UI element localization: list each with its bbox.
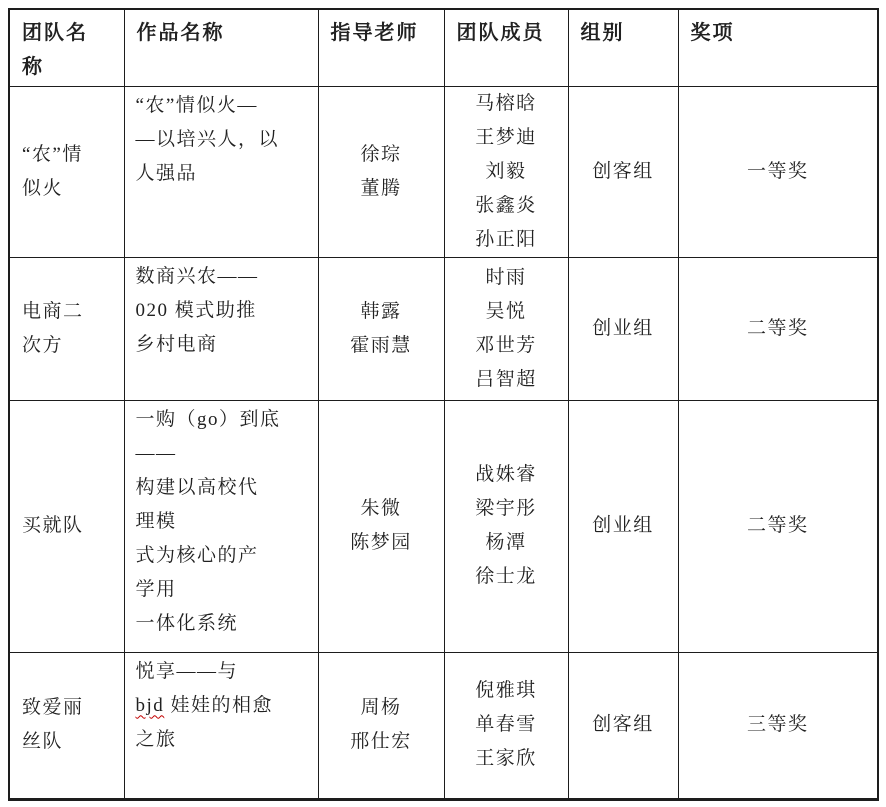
table-row: 电商二 次方 数商兴农—— 020 模式助推 乡村电商 韩露 霍雨慧 时雨 吴悦… (9, 257, 878, 400)
cell-award: 二等奖 (678, 400, 878, 652)
cell-members: 时雨 吴悦 邓世芳 吕智超 (444, 257, 568, 400)
table-row: “农”情 似火 “农”情似火— —以培兴人，以 人强品 徐琮 董腾 马榕晗 王梦… (9, 86, 878, 257)
cell-award: 二等奖 (678, 257, 878, 400)
cell-advisor: 韩露 霍雨慧 (318, 257, 444, 400)
work-text-prefix: 悦享——与 (136, 661, 239, 682)
cell-work-title: 一购（go）到底 —— 构建以高校代 理模 式为核心的产 学用 一体化系统 (124, 400, 318, 652)
cell-members: 马榕晗 王梦迪 刘毅 张鑫炎 孙正阳 (444, 86, 568, 257)
cell-group: 创业组 (568, 400, 678, 652)
awards-table: 团队名 称 作品名称 指导老师 团队成员 组别 奖项 “农”情 似火 “农”情似… (8, 8, 879, 801)
cell-members: 战姝睿 梁宇彤 杨潭 徐士龙 (444, 400, 568, 652)
misspelled-word: bjd (136, 695, 165, 716)
cell-team-name: 致爱丽 丝队 (9, 652, 124, 799)
cell-award: 一等奖 (678, 86, 878, 257)
cell-work-title: “农”情似火— —以培兴人，以 人强品 (124, 86, 318, 257)
column-header-team-name: 团队名 称 (9, 9, 124, 86)
table-row: 致爱丽 丝队 悦享——与 bjd 娃娃的相愈 之旅 周杨 邢仕宏 倪雅琪 单春雪… (9, 652, 878, 799)
cell-advisor: 周杨 邢仕宏 (318, 652, 444, 799)
cell-group: 创业组 (568, 257, 678, 400)
cell-advisor: 徐琮 董腾 (318, 86, 444, 257)
document-page: 团队名 称 作品名称 指导老师 团队成员 组别 奖项 “农”情 似火 “农”情似… (0, 0, 886, 807)
cell-members: 倪雅琪 单春雪 王家欣 (444, 652, 568, 799)
cell-award: 三等奖 (678, 652, 878, 799)
header-row: 团队名 称 作品名称 指导老师 团队成员 组别 奖项 (9, 9, 878, 86)
cell-group: 创客组 (568, 652, 678, 799)
cell-advisor: 朱微 陈梦园 (318, 400, 444, 652)
cell-team-name: 买就队 (9, 400, 124, 652)
cell-team-name: 电商二 次方 (9, 257, 124, 400)
column-header-award: 奖项 (678, 9, 878, 86)
cell-work-title: 数商兴农—— 020 模式助推 乡村电商 (124, 257, 318, 400)
cell-work-title: 悦享——与 bjd 娃娃的相愈 之旅 (124, 652, 318, 799)
cell-team-name: “农”情 似火 (9, 86, 124, 257)
column-header-work-title: 作品名称 (124, 9, 318, 86)
column-header-members: 团队成员 (444, 9, 568, 86)
column-header-advisor: 指导老师 (318, 9, 444, 86)
column-header-group: 组别 (568, 9, 678, 86)
table-row: 买就队 一购（go）到底 —— 构建以高校代 理模 式为核心的产 学用 一体化系… (9, 400, 878, 652)
cell-group: 创客组 (568, 86, 678, 257)
